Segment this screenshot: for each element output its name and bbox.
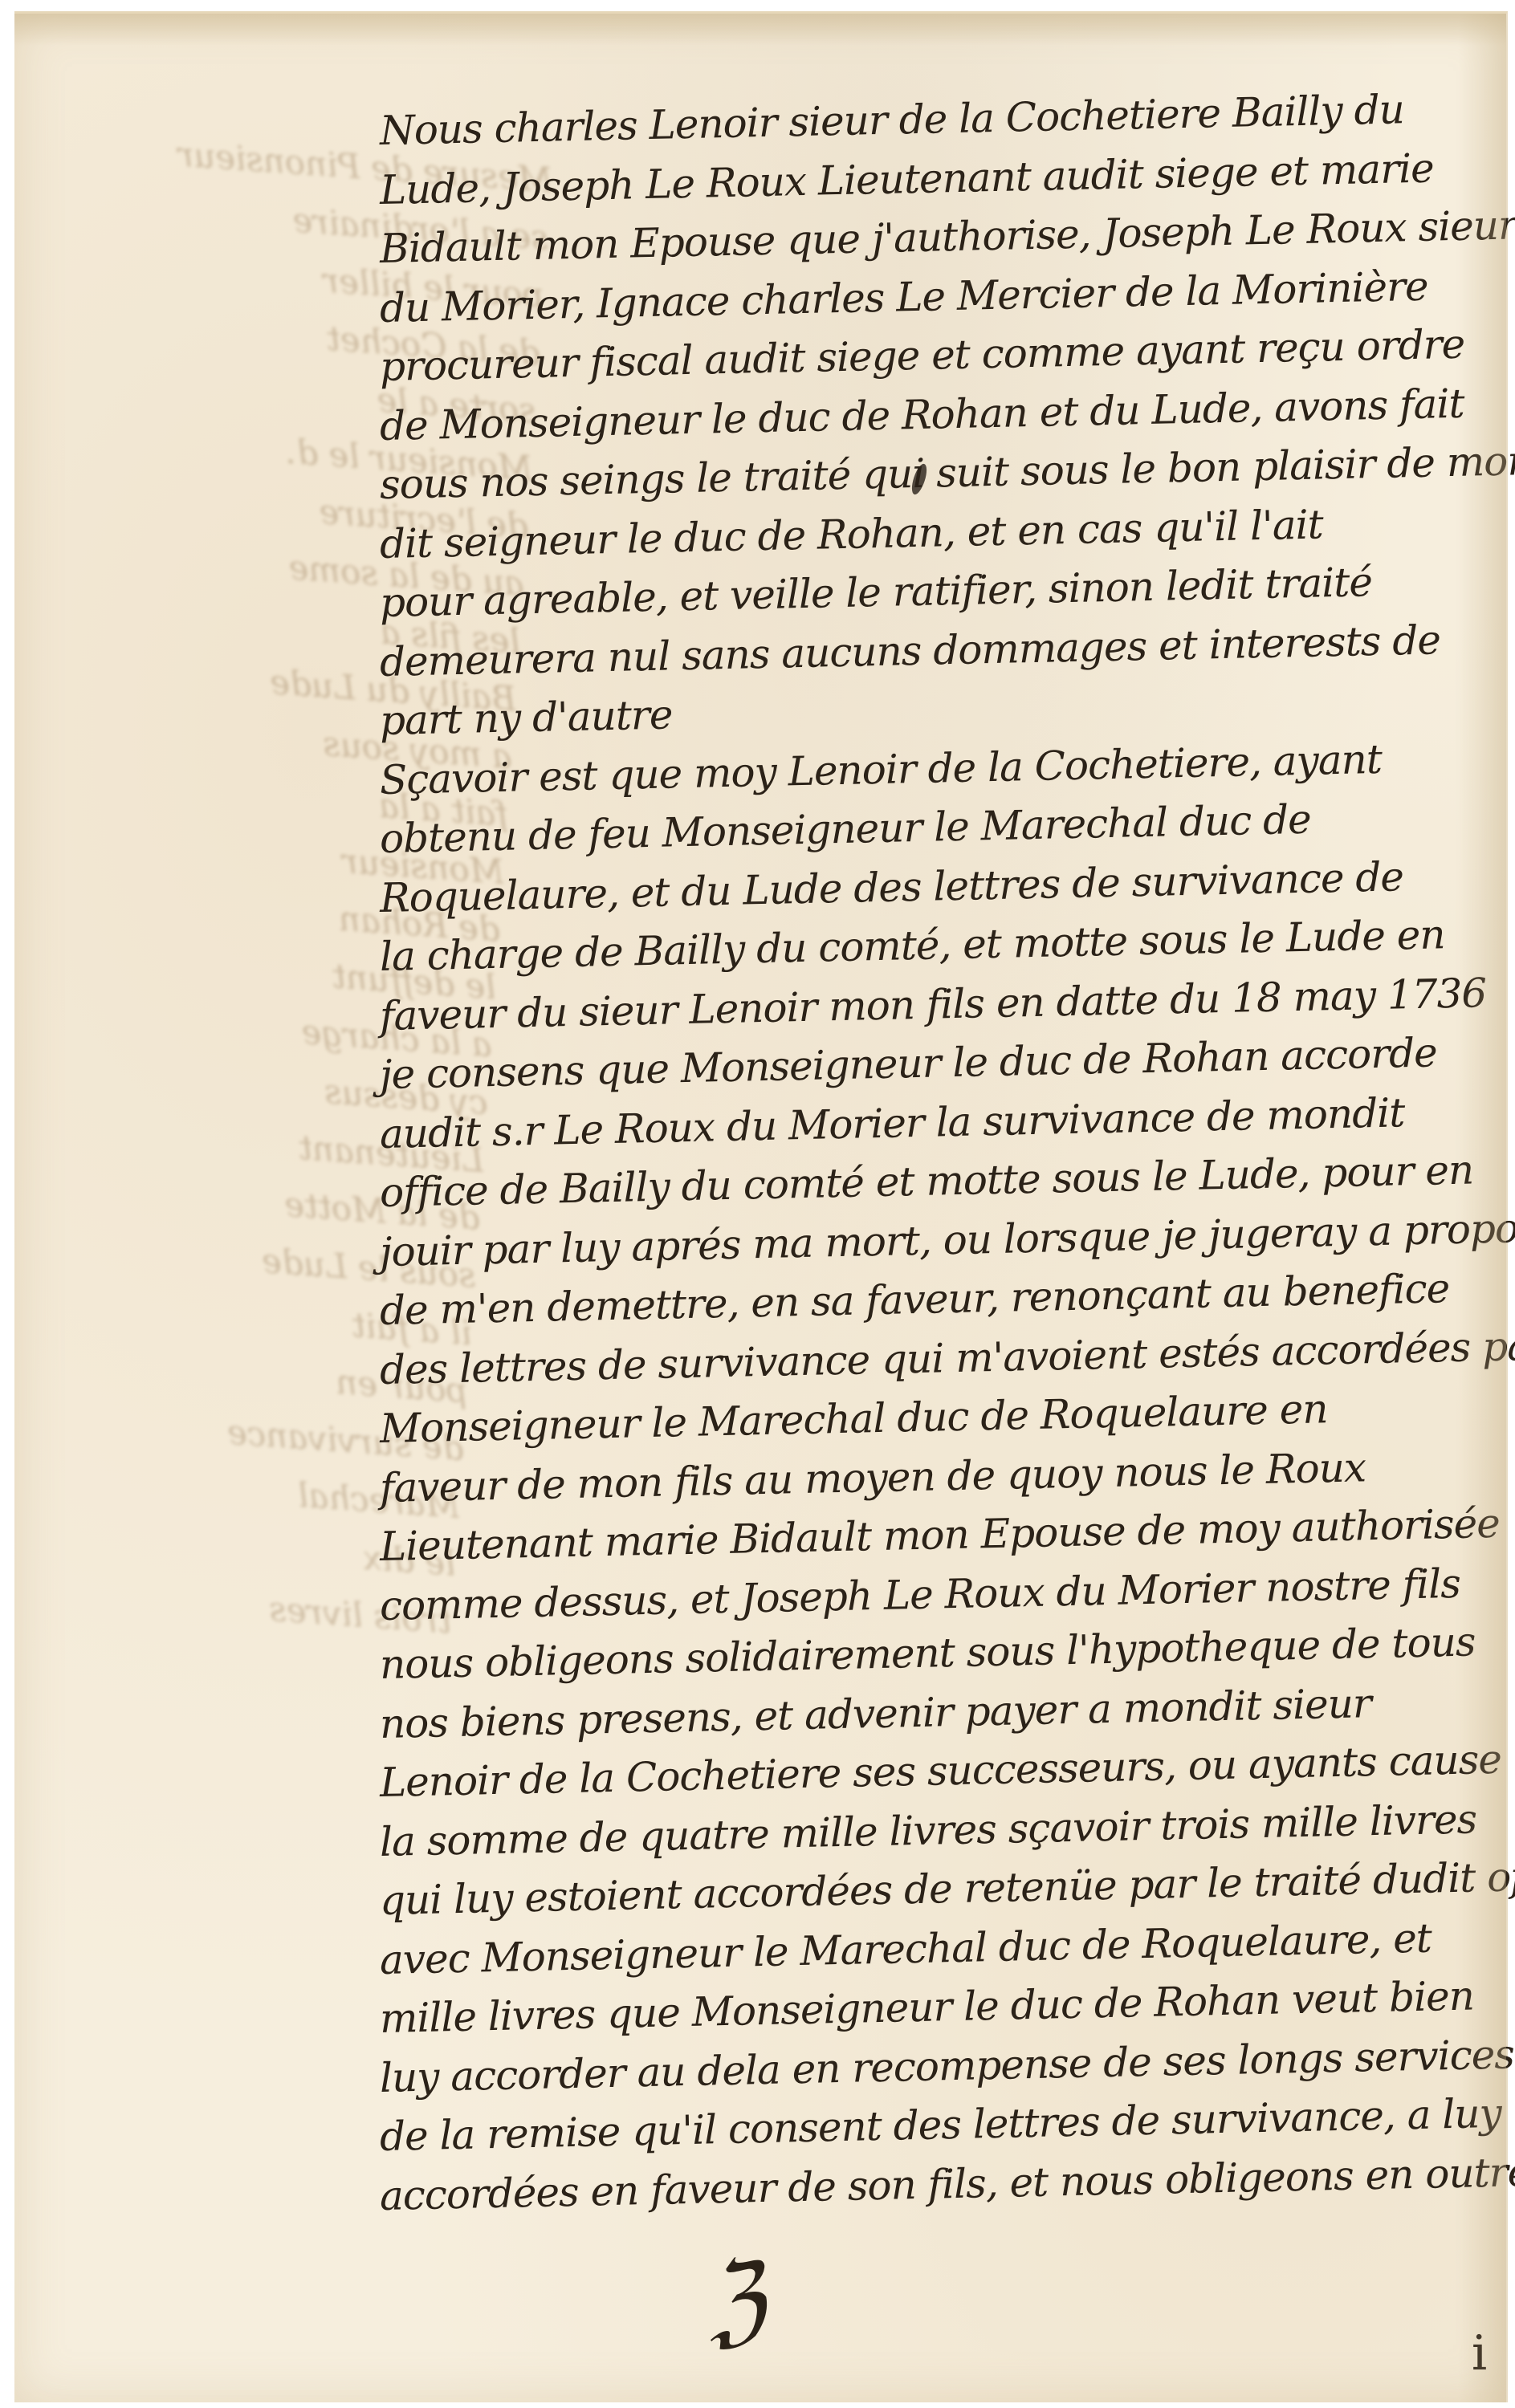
manuscript-text: Nous charles Lenoir sieur de la Cochetie… bbox=[380, 102, 1488, 2226]
manuscript-page: Mesure de Pinonsieur se a l'ordinaire po… bbox=[14, 11, 1508, 2402]
paragraph-preamble: Nous charles Lenoir sieur de la Cochetie… bbox=[380, 102, 1488, 751]
page-corner-mark: ⅰ bbox=[1472, 2325, 1487, 2382]
paraph-signature-mark: ℨ bbox=[698, 2242, 772, 2361]
paragraph-agreement: Sçavoir est que moy Lenoir de la Cocheti… bbox=[380, 751, 1488, 2227]
